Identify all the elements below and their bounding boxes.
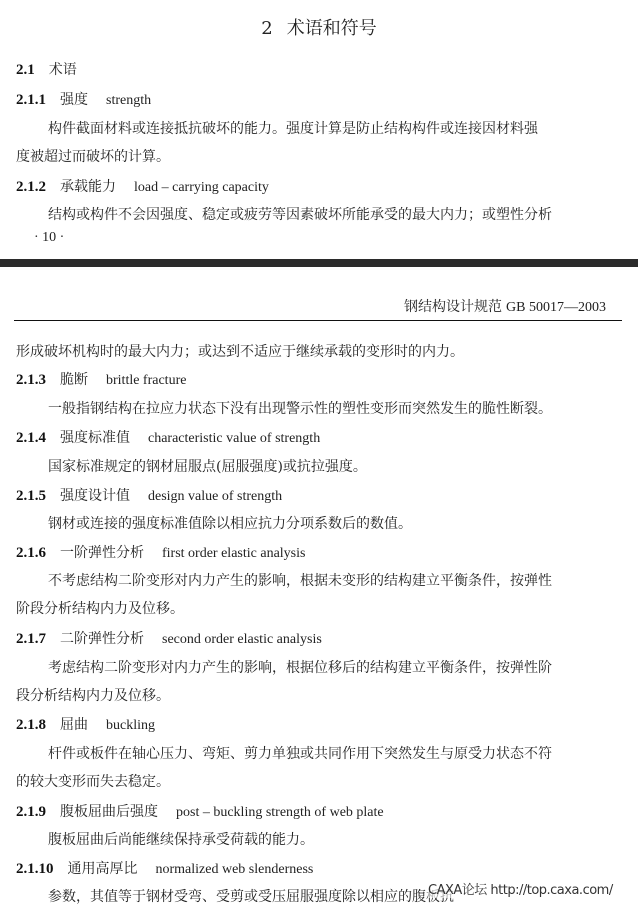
standard-code: GB 50017—2003	[506, 300, 606, 315]
term-number: 2.1.3	[16, 372, 46, 388]
term-heading-2-1-7: 2.1.7二阶弹性分析second order elastic analysis	[16, 628, 322, 648]
term-definition-line: 结构或构件不会因强度、稳定或疲劳等因素破坏所能承受的最大内力；或塑性分析	[48, 204, 552, 224]
chapter-title-text: 术语和符号	[287, 18, 377, 39]
term-heading-2-1-3: 2.1.3脆断brittle fracture	[16, 369, 186, 389]
term-number: 2.1.8	[16, 717, 46, 733]
page-separator	[0, 259, 638, 267]
watermark: CAXA论坛 http://top.caxa.com/	[428, 879, 613, 898]
term-number: 2.1.4	[16, 430, 46, 446]
term-definition-line: 的较大变形而失去稳定。	[16, 771, 170, 791]
term-number: 2.1.9	[16, 804, 46, 820]
term-cn: 脆断	[60, 372, 88, 388]
term-definition-line: 杆件或板件在轴心压力、弯矩、剪力单独或共同作用下突然发生与原受力状态不符	[48, 743, 552, 763]
term-en: second order elastic analysis	[162, 632, 322, 647]
chapter-number: 2	[261, 18, 272, 39]
term-cn: 强度设计值	[60, 488, 130, 504]
term-en: brittle fracture	[106, 373, 186, 388]
section-title: 术语	[49, 62, 77, 78]
term-cn: 强度	[60, 92, 88, 108]
term-heading-2-1-8: 2.1.8屈曲buckling	[16, 714, 155, 734]
term-cn: 腹板屈曲后强度	[60, 804, 158, 820]
term-heading-2-1-10: 2.1.10通用高厚比normalized web slenderness	[16, 858, 313, 878]
term-number: 2.1.5	[16, 488, 46, 504]
term-number: 2.1.1	[16, 92, 46, 108]
term-en: first order elastic analysis	[162, 546, 305, 561]
term-definition-line: 度被超过而破坏的计算。	[16, 146, 170, 166]
term-en: characteristic value of strength	[148, 431, 320, 446]
continued-line: 形成破坏机构时的最大内力；或达到不适应于继续承载的变形时的内力。	[16, 341, 464, 361]
term-number: 2.1.6	[16, 545, 46, 561]
term-definition-line: 不考虑结构二阶变形对内力产生的影响，根据未变形的结构建立平衡条件，按弹性	[48, 570, 552, 590]
section-number: 2.1	[16, 62, 35, 78]
term-cn: 一阶弹性分析	[60, 545, 144, 561]
term-cn: 承载能力	[60, 179, 116, 195]
term-heading-2-1-9: 2.1.9腹板屈曲后强度post – buckling strength of …	[16, 801, 384, 821]
term-en: buckling	[106, 718, 155, 733]
term-number: 2.1.10	[16, 861, 54, 877]
term-heading-2-1-5: 2.1.5强度设计值design value of strength	[16, 485, 282, 505]
term-en: post – buckling strength of web plate	[176, 805, 384, 820]
term-cn: 通用高厚比	[68, 861, 138, 877]
term-heading-2-1-6: 2.1.6一阶弹性分析first order elastic analysis	[16, 542, 305, 562]
term-en: strength	[106, 93, 151, 108]
term-definition-line: 段分析结构内力及位移。	[16, 685, 170, 705]
header-rule	[14, 320, 622, 321]
term-number: 2.1.7	[16, 631, 46, 647]
running-head-title: 钢结构设计规范	[404, 299, 502, 315]
term-definition-line: 构件截面材料或连接抵抗破坏的能力。强度计算是防止结构构件或连接因材料强	[48, 118, 538, 138]
term-cn: 强度标准值	[60, 430, 130, 446]
term-cn: 屈曲	[60, 717, 88, 733]
term-definition-line: 考虑结构二阶变形对内力产生的影响，根据位移后的结构建立平衡条件，按弹性阶	[48, 657, 552, 677]
term-cn: 二阶弹性分析	[60, 631, 144, 647]
term-en: design value of strength	[148, 489, 282, 504]
term-definition-line: 参数，其值等于钢材受弯、受剪或受压屈服强度除以相应的腹板抗	[48, 886, 454, 906]
term-heading-2-1-2: 2.1.2承载能力load – carrying capacity	[16, 176, 269, 196]
term-definition-line: 国家标准规定的钢材屈服点(屈服强度)或抗拉强度。	[48, 456, 367, 476]
chapter-title: 2术语和符号	[0, 14, 638, 40]
term-en: load – carrying capacity	[134, 180, 269, 195]
term-definition-line: 腹板屈曲后尚能继续保持承受荷载的能力。	[48, 829, 314, 849]
term-definition-line: 一般指钢结构在拉应力状态下没有出现警示性的塑性变形而突然发生的脆性断裂。	[48, 398, 552, 418]
term-definition-line: 阶段分析结构内力及位移。	[16, 598, 184, 618]
term-heading-2-1-4: 2.1.4强度标准值characteristic value of streng…	[16, 427, 320, 447]
running-head: 钢结构设计规范GB 50017—2003	[404, 296, 606, 316]
page-number: · 10 ·	[34, 230, 64, 246]
term-number: 2.1.2	[16, 179, 46, 195]
term-heading-2-1-1: 2.1.1强度strength	[16, 89, 151, 109]
section-heading: 2.1术语	[16, 59, 95, 79]
term-en: normalized web slenderness	[156, 862, 314, 877]
term-definition-line: 钢材或连接的强度标准值除以相应抗力分项系数后的数值。	[48, 513, 412, 533]
